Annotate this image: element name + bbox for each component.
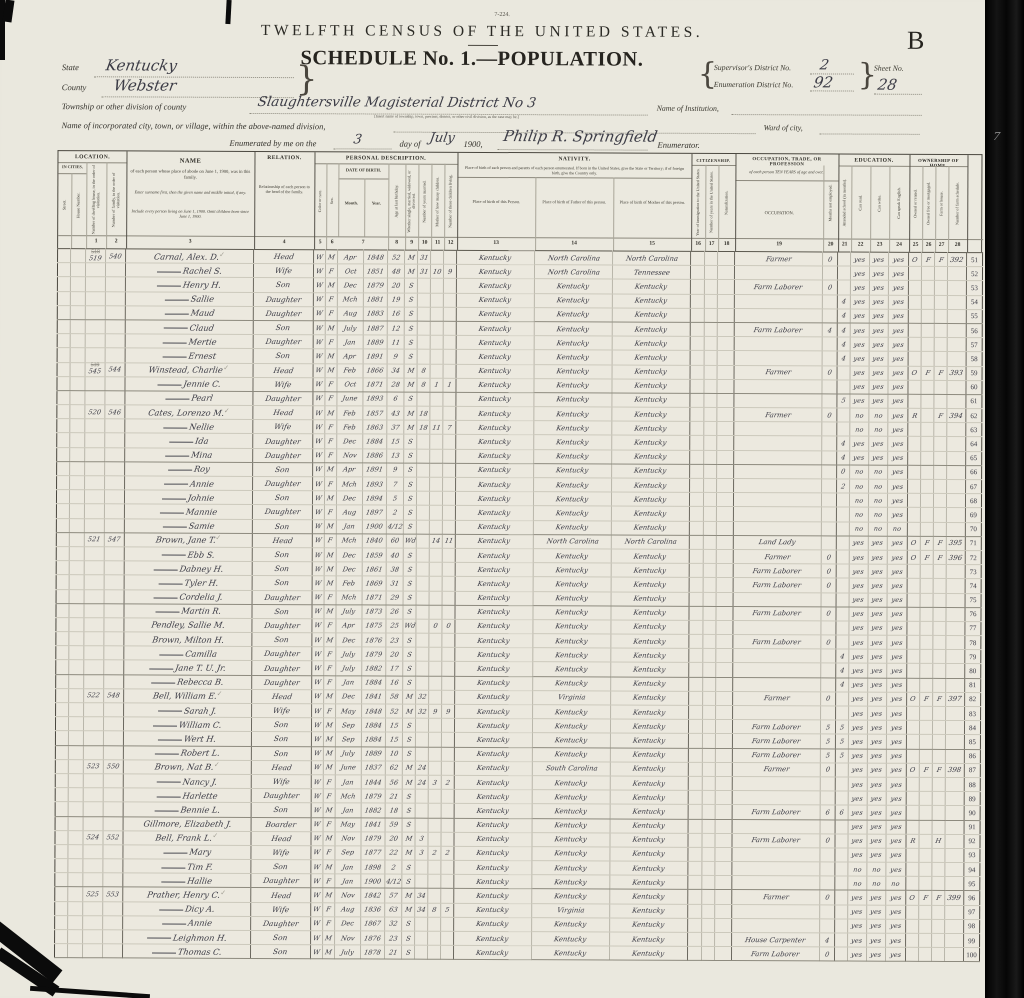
cell-value-c: W [314, 508, 322, 516]
cell-im [689, 549, 703, 563]
cell-yr: 1882 [362, 661, 386, 675]
cell-im [689, 705, 703, 719]
cell-value-mo: Apr [343, 466, 356, 474]
cell-value-cl: 11 [444, 537, 454, 545]
cell-mb: Kentucky [611, 606, 689, 621]
cell-nm: Bell, William E.✓ [124, 689, 252, 704]
cell-oc: Farm Laborer [732, 748, 820, 763]
cell-fm [921, 479, 934, 493]
cell-yr: 1866 [363, 363, 387, 377]
cell-rel: Daughter [253, 306, 313, 320]
cell-s: F [324, 619, 336, 633]
cell-value-fb: Kentucky [556, 467, 589, 475]
cell-sc: 4 [837, 309, 850, 323]
person-name: Gillmore, Elizabeth J. [142, 819, 232, 829]
cell-mu [821, 592, 836, 606]
cell-cl [442, 506, 455, 520]
cell-value-wr: no [873, 525, 883, 533]
cell-value-ow: R [911, 411, 917, 419]
cell-yr: 1863 [363, 420, 387, 434]
person-name: Ida [194, 436, 209, 446]
cell-value-bp: Kentucky [477, 608, 510, 616]
cell-nm: Martin R. [124, 604, 252, 619]
cell-value-ow: O [909, 766, 916, 774]
cell-fam [105, 433, 125, 447]
cell-bp: Kentucky [457, 250, 535, 265]
cell-nm: Carnal, Alex. D.✓ [126, 249, 254, 264]
col-number: 23 [870, 239, 889, 253]
cell-value-mb: Kentucky [632, 822, 665, 830]
cell-value-wr: yes [870, 936, 883, 944]
cell-sc: 4 [837, 436, 850, 450]
cell-value-bp: Kentucky [477, 651, 510, 659]
cell-value-mb: North Carolina [625, 254, 678, 262]
cell-wr: yes [868, 578, 887, 592]
cell-value-ow: R [909, 837, 915, 845]
cell-mo: Dec [336, 633, 362, 647]
cell-s: F [323, 917, 335, 931]
cell-value-s: F [326, 849, 332, 857]
cell-value-fam: 552 [106, 834, 120, 842]
cell-value-rd: no [853, 865, 863, 873]
cell-value-en: yes [890, 823, 903, 831]
cell-value-wr: no [873, 468, 883, 476]
cell-hn [69, 674, 84, 688]
surname-ditto-dash [152, 952, 176, 953]
cell-ma: Wd [403, 619, 416, 633]
cell-s: F [323, 902, 335, 916]
cell-wr: yes [867, 763, 886, 777]
person-name: Thomas C. [177, 946, 222, 956]
cell-fs [947, 338, 966, 352]
cell-c: W [311, 718, 323, 732]
cell-fam [103, 802, 123, 816]
cell-ym [417, 392, 430, 406]
cell-fm [921, 295, 934, 309]
cell-mc [429, 520, 442, 534]
cell-na [717, 308, 734, 322]
cell-s: F [325, 477, 337, 491]
cell-fh [934, 437, 947, 451]
cell-mu [820, 819, 835, 833]
cell-na [718, 251, 735, 265]
cell-oc [734, 308, 822, 323]
cell-value-wr: yes [871, 667, 884, 675]
cell-value-mc: 2 [432, 849, 438, 857]
cell-value-fam: 547 [107, 536, 121, 544]
cell-s: F [325, 434, 337, 448]
cell-yu [704, 337, 717, 351]
cell-value-en: yes [890, 766, 903, 774]
cell-im [688, 790, 702, 804]
cell-fb: Kentucky [534, 478, 612, 493]
cell-im [689, 620, 703, 634]
cell-na [715, 904, 732, 918]
cell-st [55, 830, 68, 844]
group-location: LOCATION. [58, 154, 126, 160]
cell-value-bp: Kentucky [477, 708, 510, 716]
cell-nm: Mertie [125, 334, 253, 349]
cell-value-ym: 34 [416, 906, 426, 914]
cell-en: yes [886, 862, 906, 876]
cell-value-wr: yes [871, 567, 884, 575]
cell-mc [429, 605, 442, 619]
cell-fam [104, 703, 124, 717]
cell-ma: S [403, 662, 416, 676]
cell-fm [920, 678, 933, 692]
cell-value-en: yes [891, 553, 904, 561]
cell-mb: Kentucky [612, 421, 690, 436]
cell-value-wr: yes [871, 653, 884, 661]
cell-ow [908, 323, 921, 337]
cell-rd: no [850, 479, 869, 493]
cell-fam [105, 263, 125, 277]
cell-sc [835, 919, 848, 933]
cell-sc: 6 [835, 805, 848, 819]
census-table: 518519540Carnal, Alex. D.✓HeadWMApr18485… [54, 248, 983, 962]
cell-value-wr: yes [870, 780, 883, 788]
cell-fh [932, 735, 945, 749]
col-number: 18 [718, 238, 735, 252]
cell-value-mb: Kentucky [634, 439, 667, 447]
cell-na [717, 478, 734, 492]
surname-ditto-dash [163, 527, 187, 528]
cell-nm: Ebb S. [124, 547, 252, 562]
cell-mb: Kentucky [611, 691, 689, 706]
cell-cl [442, 633, 455, 647]
cell-yu [703, 592, 716, 606]
cell-value-sc: 4 [841, 298, 847, 306]
cell-value-c: W [315, 310, 323, 318]
cell-na [717, 337, 734, 351]
cell-ym [416, 633, 429, 647]
cell-na [716, 677, 733, 691]
cell-im [690, 280, 704, 294]
cell-fam [104, 674, 124, 688]
cell-value-rd: yes [852, 638, 865, 646]
cell-dw [84, 603, 104, 617]
cell-value-fb: Kentucky [554, 864, 587, 872]
cell-rd: yes [848, 791, 867, 805]
cell-bp: Kentucky [454, 804, 532, 819]
col-label-english: Can speak English. [889, 168, 909, 239]
cell-fs [945, 721, 964, 735]
cell-value-s: M [327, 324, 335, 332]
cell-im [688, 776, 702, 790]
cell-value-s: F [327, 593, 333, 601]
cell-fb: Kentucky [532, 847, 610, 862]
cell-value-bp: Kentucky [477, 750, 510, 758]
cell-nm: Gillmore, Elizabeth J. [123, 816, 251, 831]
cell-dw [84, 561, 104, 575]
cell-oc: House Carpenter [732, 933, 820, 948]
cell-oc [734, 436, 822, 451]
dwelling-number: 523 [86, 763, 100, 771]
cell-mc [430, 335, 443, 349]
cell-value-ma: M [406, 409, 414, 417]
cell-en: yes [888, 408, 908, 422]
cell-hn [70, 291, 85, 305]
cell-c: W [312, 704, 324, 718]
cell-value-rel: Son [274, 607, 290, 616]
cell-ym: 3 [415, 846, 428, 860]
cell-st [57, 334, 70, 348]
cell-fb: Kentucky [534, 435, 612, 450]
cell-ym [415, 718, 428, 732]
cell-en: yes [885, 947, 905, 961]
cell-value-oc: Farm Laborer [751, 950, 801, 958]
cell-value-en: yes [892, 255, 905, 263]
cell-value-mb: Kentucky [633, 581, 666, 589]
cell-value-s: F [328, 338, 334, 346]
cell-value-rd: yes [851, 808, 864, 816]
cell-wr: no [867, 862, 886, 876]
cell-ma: S [402, 860, 415, 874]
cell-value-mb: Kentucky [633, 595, 666, 603]
cell-dw [85, 433, 105, 447]
cell-nm: Dabney H. [124, 561, 252, 576]
cell-fam [103, 816, 123, 830]
cell-sc: 4 [837, 351, 850, 365]
cell-mu: 0 [821, 607, 836, 621]
cell-mb: Kentucky [612, 435, 690, 450]
cell-ym [415, 860, 428, 874]
cell-fs [946, 593, 965, 607]
cell-sc: 4 [836, 649, 849, 663]
cell-sc [837, 280, 850, 294]
cell-sc: 4 [837, 295, 850, 309]
cell-fb: Kentucky [534, 421, 612, 436]
cell-mo: Feb [337, 363, 363, 377]
cell-value-mu: 0 [825, 893, 831, 901]
institution-line [732, 114, 922, 116]
cell-value-rel: Daughter [264, 437, 301, 446]
cell-ym: 24 [415, 775, 428, 789]
cell-sc [836, 607, 849, 621]
cell-value-wr: yes [871, 738, 884, 746]
cell-value-mb: Kentucky [633, 566, 666, 574]
cell-im [690, 351, 704, 365]
cell-value-rd: yes [853, 440, 866, 448]
cell-ag: 15 [385, 732, 402, 746]
cell-ow [905, 947, 918, 961]
cell-value-mc: 3 [432, 778, 438, 786]
cell-bp: Kentucky [456, 321, 534, 336]
cell-ow [906, 848, 919, 862]
cell-mb: Kentucky [612, 478, 690, 493]
cell-ow [907, 579, 920, 593]
cell-fam [103, 930, 123, 944]
cell-yu [703, 677, 716, 691]
cell-value-mb: Kentucky [632, 935, 665, 943]
header-num-line [705, 238, 706, 252]
cell-ma: M [403, 690, 416, 704]
cell-value-mb: Kentucky [633, 722, 666, 730]
cell-im [690, 464, 704, 478]
cell-value-oc: Farm Laborer [751, 808, 801, 816]
cell-dw [83, 845, 103, 859]
cell-mo: Dec [336, 562, 362, 576]
surname-ditto-dash [154, 810, 178, 811]
cell-s: M [324, 548, 336, 562]
cell-oc [733, 493, 821, 508]
cell-value-yr: 1871 [366, 381, 384, 389]
cell-value-yr: 1893 [366, 480, 384, 488]
cell-value-ag: 58 [389, 693, 399, 701]
cell-yr: 1841 [362, 690, 386, 704]
cell-s: M [324, 604, 336, 618]
cell-fam [104, 504, 124, 518]
cell-value-bp: Kentucky [476, 935, 509, 943]
cell-mu: 0 [821, 692, 836, 706]
cell-fs [946, 522, 965, 536]
cell-s: F [323, 775, 335, 789]
cell-value-rd: yes [854, 269, 867, 277]
cell-bp: Kentucky [455, 676, 533, 691]
cell-value-rel: Son [275, 351, 291, 360]
cell-im [690, 322, 704, 336]
person-name: Rachel S. [182, 265, 223, 275]
cell-value-s: F [328, 395, 334, 403]
cell-sc [836, 578, 849, 592]
cell-rd: yes [851, 252, 870, 266]
cell-value-rel: Wife [274, 422, 292, 431]
cell-fb: Kentucky [532, 832, 610, 847]
cell-value-s: F [326, 877, 332, 885]
cell-value-wr: yes [871, 709, 884, 717]
cell-bp: Kentucky [454, 860, 532, 875]
cell-value-mo: Oct [343, 381, 356, 389]
cell-value-yr: 1879 [366, 281, 384, 289]
cell-rel: Daughter [253, 448, 313, 462]
enumerator-check-mark: ✓ [214, 761, 220, 769]
cell-dw [84, 703, 104, 717]
cell-value-fb: Kentucky [556, 325, 589, 333]
header-col-line [613, 178, 614, 238]
cell-en: yes [886, 735, 906, 749]
cell-fm [919, 806, 932, 820]
cell-fh: H [932, 834, 945, 848]
cell-value-fm: F [924, 539, 930, 547]
cell-im [690, 365, 704, 379]
cell-oc: Farm Laborer [733, 606, 821, 621]
cell-ow [906, 862, 919, 876]
cell-hn [70, 334, 85, 348]
cell-ma: M [404, 406, 417, 420]
cell-s: F [324, 661, 336, 675]
cell-nm: Mina [125, 448, 253, 463]
cell-value-wr: yes [873, 298, 886, 306]
cell-yu [703, 521, 716, 535]
cell-value-fb: Kentucky [555, 580, 588, 588]
cell-fs [945, 933, 964, 947]
cell-hn [68, 774, 83, 788]
cell-value-yr: 1869 [365, 579, 383, 587]
cell-value-ag: 17 [389, 665, 399, 673]
cell-value-bp: Kentucky [476, 906, 509, 914]
cell-mc [429, 676, 442, 690]
cell-value-bp: Kentucky [477, 665, 510, 673]
cell-rel: Daughter [251, 916, 311, 930]
cell-oc [732, 847, 820, 862]
cell-rd: yes [850, 366, 869, 380]
cell-value-s: F [329, 267, 335, 275]
cell-fh [932, 749, 945, 763]
cell-n: 83 [965, 707, 981, 721]
cell-rel: Head [251, 760, 311, 774]
cell-fs [945, 905, 964, 919]
cell-ow [906, 919, 919, 933]
cell-fb: Kentucky [532, 790, 610, 805]
cell-value-bp: Kentucky [476, 892, 509, 900]
cell-ym [416, 591, 429, 605]
cell-value-rel: Son [273, 947, 289, 956]
cell-value-en: yes [890, 681, 903, 689]
cell-im [688, 748, 702, 762]
header-num-line [870, 239, 871, 253]
person-name: Sallie [190, 294, 215, 304]
cell-cl [441, 889, 454, 903]
cell-rd: no [849, 493, 868, 507]
cell-value-yr: 1859 [365, 551, 383, 559]
cell-fh [933, 678, 946, 692]
cell-value-fb: Kentucky [557, 282, 590, 290]
person-name: Nellie [189, 422, 215, 432]
cell-en: yes [886, 749, 906, 763]
cell-value-mb: Kentucky [632, 893, 665, 901]
cell-mb: Kentucky [610, 819, 688, 834]
cell-sc [835, 905, 848, 919]
cell-sc [836, 592, 849, 606]
cell-ag: 2 [386, 505, 403, 519]
cell-value-rel: Daughter [264, 451, 301, 460]
cell-fs [945, 834, 964, 848]
cell-value-mu: 0 [825, 766, 831, 774]
cell-mb: Kentucky [611, 662, 689, 677]
cell-n: 56 [966, 324, 982, 338]
cell-rel: Daughter [251, 874, 311, 888]
cell-hn [68, 731, 83, 745]
cell-value-fam: 553 [106, 890, 120, 898]
cell-bp: Kentucky [456, 350, 534, 365]
cell-value-ag: 21 [388, 948, 398, 956]
cell-value-wr: no [873, 426, 883, 434]
cell-mo: Apr [337, 349, 363, 363]
cell-value-s: M [326, 608, 334, 616]
cell-cl [442, 662, 455, 676]
cell-en: yes [889, 252, 909, 266]
cell-hn [68, 873, 83, 887]
cell-value-ag: 16 [389, 679, 399, 687]
cell-ag: 48 [387, 264, 404, 278]
surname-ditto-dash [169, 442, 193, 443]
cell-ma: M [402, 889, 415, 903]
cell-fb: Kentucky [532, 776, 610, 791]
cell-fam [105, 334, 125, 348]
cell-value-ag: 4/12 [385, 877, 401, 885]
cell-value-ma: S [407, 551, 413, 559]
person-name: Ebb S. [187, 549, 216, 559]
cell-value-wr: yes [870, 851, 883, 859]
cell-mc [429, 577, 442, 591]
cell-mo: June [335, 761, 361, 775]
cell-mc [430, 449, 443, 463]
cell-st [56, 703, 69, 717]
cell-rel: Daughter [253, 335, 313, 349]
cell-fb: Kentucky [534, 350, 612, 365]
cell-st [57, 348, 70, 362]
cell-n: 82 [965, 692, 981, 706]
